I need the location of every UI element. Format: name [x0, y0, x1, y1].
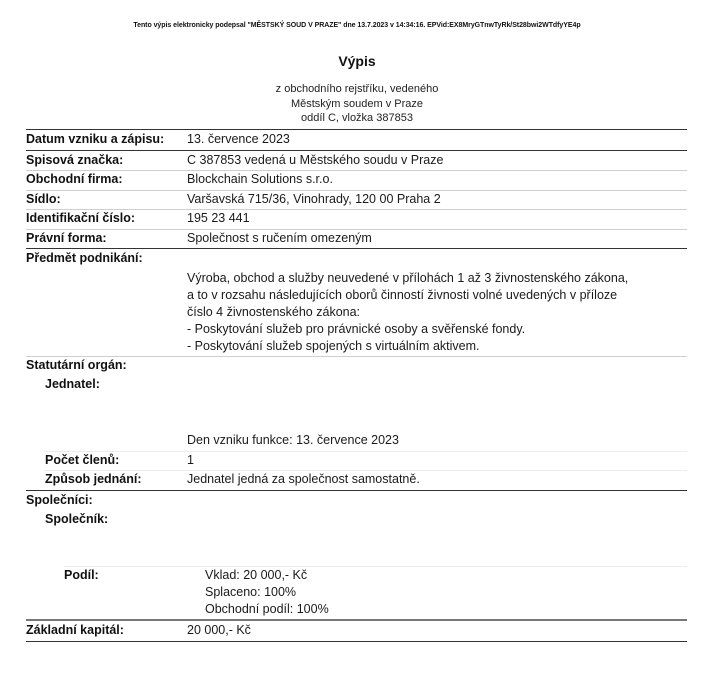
- row-pravni-forma: Právní forma: Společnost s ručením omeze…: [26, 229, 687, 250]
- row-jednatel: Jednatel:: [26, 375, 687, 431]
- label-podil: Podíl:: [26, 566, 187, 619]
- row-sidlo: Sídlo: Varšavská 715/36, Vinohrady, 120 …: [26, 190, 687, 210]
- predmet-line: Výroba, obchod a služby neuvedené v příl…: [187, 270, 687, 287]
- row-podil: Podíl: Vklad: 20 000,- Kč Splaceno: 100%…: [26, 566, 687, 621]
- label-zpusob-jednani: Způsob jednání:: [26, 470, 187, 490]
- value-spisova-znacka: C 387853 vedená u Městského soudu v Praz…: [187, 151, 687, 171]
- document-title: Výpis: [0, 53, 714, 69]
- row-ico: Identifikační číslo: 195 23 441: [26, 209, 687, 229]
- podil-vklad: Vklad: 20 000,- Kč: [205, 567, 687, 584]
- row-statutarni-organ: Statutární orgán:: [26, 356, 687, 376]
- label-pravni-forma: Právní forma:: [26, 229, 187, 249]
- label-spolecnici: Společníci:: [26, 491, 187, 511]
- row-zakladni-kapital: Základní kapitál: 20 000,- Kč: [26, 621, 687, 642]
- label-sidlo: Sídlo:: [26, 190, 187, 210]
- predmet-line: - Poskytování služeb spojených s virtuál…: [187, 338, 687, 355]
- value-podil: Vklad: 20 000,- Kč Splaceno: 100% Obchod…: [187, 566, 687, 619]
- document-subtitle: z obchodního rejstříku, vedeného Městský…: [0, 82, 714, 126]
- row-datum-vzniku: Datum vzniku a zápisu: 13. července 2023: [26, 129, 687, 150]
- predmet-line: číslo 4 živnostenského zákona:: [187, 304, 687, 321]
- predmet-line: a to v rozsahu následujících oborů činno…: [187, 287, 687, 304]
- value-predmet-podnikani: Výroba, obchod a služby neuvedené v příl…: [187, 269, 687, 356]
- electronic-signature-notice: Tento výpis elektronicky podepsal "MĚSTS…: [0, 22, 714, 29]
- label-ico: Identifikační číslo:: [26, 209, 187, 229]
- row-predmet-podnikani-text: Výroba, obchod a služby neuvedené v příl…: [26, 269, 687, 356]
- value-den-vzniku-funkce: Den vzniku funkce: 13. července 2023: [187, 431, 687, 451]
- subtitle-line-section: oddíl C, vložka 387853: [0, 111, 714, 126]
- row-spisova-znacka: Spisová značka: C 387853 vedená u Městsk…: [26, 150, 687, 171]
- label-jednatel: Jednatel:: [26, 375, 187, 431]
- value-zpusob-jednani: Jednatel jedná za společnost samostatně.: [187, 470, 687, 490]
- value-datum-vzniku: 13. července 2023: [187, 130, 687, 150]
- label-zakladni-kapital: Základní kapitál:: [26, 621, 187, 641]
- label-obchodni-firma: Obchodní firma:: [26, 170, 187, 190]
- value-ico: 195 23 441: [187, 209, 687, 229]
- value-sidlo: Varšavská 715/36, Vinohrady, 120 00 Prah…: [187, 190, 687, 210]
- label-datum-vzniku: Datum vzniku a zápisu:: [26, 130, 187, 150]
- row-pocet-clenu: Počet členů: 1: [26, 451, 687, 471]
- label-spisova-znacka: Spisová značka:: [26, 151, 187, 171]
- label-statutarni-organ: Statutární orgán:: [26, 356, 187, 376]
- value-pocet-clenu: 1: [187, 451, 687, 471]
- podil-splaceno: Splaceno: 100%: [205, 584, 687, 601]
- value-pravni-forma: Společnost s ručením omezeným: [187, 229, 687, 249]
- label-predmet-podnikani: Předmět podnikání:: [26, 249, 187, 269]
- registry-extract-table: Datum vzniku a zápisu: 13. července 2023…: [26, 129, 687, 642]
- value-obchodni-firma: Blockchain Solutions s.r.o.: [187, 170, 687, 190]
- row-obchodni-firma: Obchodní firma: Blockchain Solutions s.r…: [26, 170, 687, 190]
- row-spolecnik: Společník:: [26, 510, 687, 566]
- subtitle-line-registry: z obchodního rejstříku, vedeného: [0, 82, 714, 97]
- row-den-vzniku-funkce: Den vzniku funkce: 13. července 2023: [26, 431, 687, 451]
- row-spolecnici: Společníci:: [26, 491, 687, 511]
- predmet-line: - Poskytování služeb pro právnické osoby…: [187, 321, 687, 338]
- subtitle-line-court: Městským soudem v Praze: [0, 97, 714, 112]
- label-pocet-clenu: Počet členů:: [26, 451, 187, 471]
- value-zakladni-kapital: 20 000,- Kč: [187, 621, 687, 641]
- label-spolecnik: Společník:: [26, 510, 187, 566]
- row-zpusob-jednani: Způsob jednání: Jednatel jedná za společ…: [26, 470, 687, 491]
- row-predmet-podnikani: Předmět podnikání:: [26, 249, 687, 269]
- podil-obchodni-podil: Obchodní podíl: 100%: [205, 601, 687, 618]
